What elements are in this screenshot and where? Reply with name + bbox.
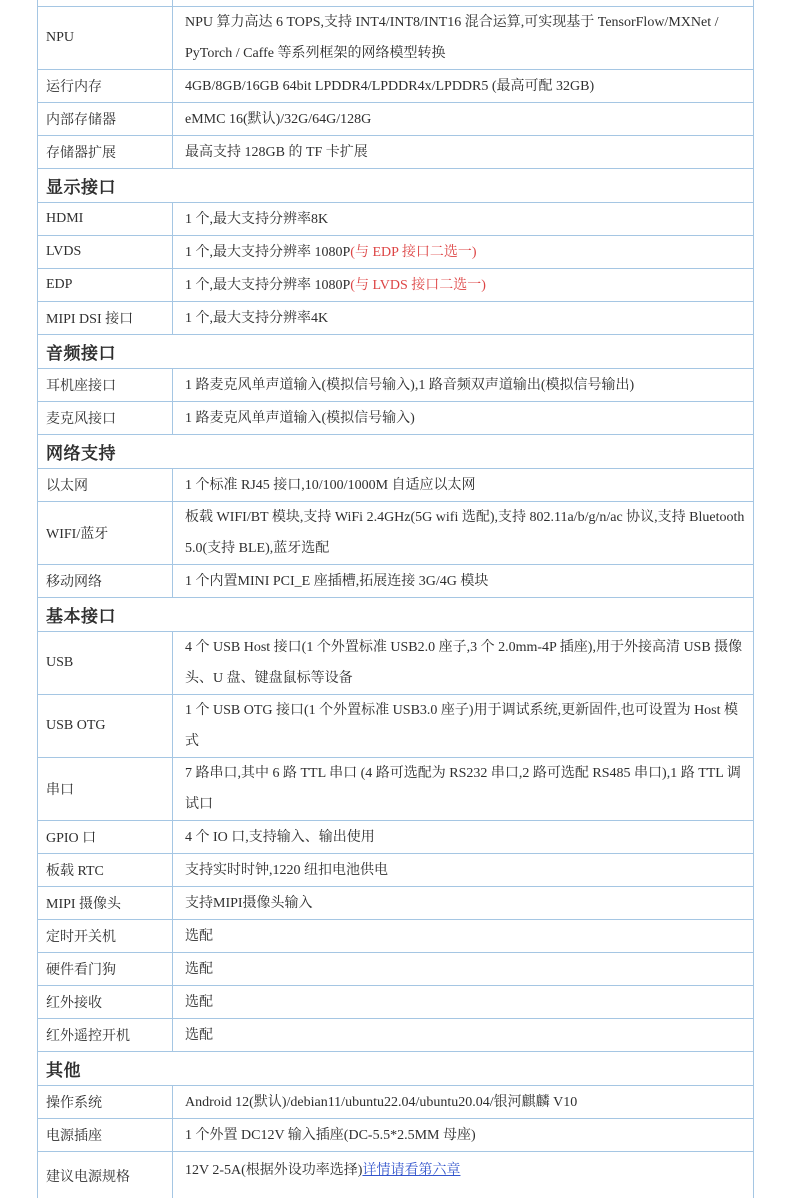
spec-value-cell: 选配 — [173, 953, 753, 985]
spec-label-cell: LVDS — [38, 236, 173, 268]
section-header: 音频接口 — [38, 335, 753, 369]
spec-value-text: 选配 — [185, 1028, 213, 1043]
spec-value: NPU 算力高达 6 TOPS,支持 INT4/INT8/INT16 混合运算,… — [185, 7, 745, 69]
spec-row: 红外遥控开机选配 — [38, 1019, 753, 1052]
spec-label-cell: USB — [38, 632, 173, 694]
spec-value: 12V 2-5A(根据外设功率选择)详情请看第六章 — [185, 1155, 745, 1178]
spec-value-cell: 支持MIPI摄像头输入 — [173, 887, 753, 919]
spec-label: 建议电源规格 — [46, 1166, 130, 1178]
spec-value-text: 1 个,最大支持分辨率8K — [185, 212, 328, 227]
spec-label: GPIO 口 — [46, 827, 96, 847]
spec-value: 选配 — [185, 1020, 745, 1051]
spec-value-cell: 选配 — [173, 920, 753, 952]
spec-label: 移动网络 — [46, 571, 102, 591]
spec-row: 存储器扩展最高支持 128GB 的 TF 卡扩展 — [38, 136, 753, 169]
spec-value: 1 个 USB OTG 接口(1 个外置标准 USB3.0 座子)用于调试系统,… — [185, 695, 745, 757]
spec-label: 定时开关机 — [46, 926, 116, 946]
spec-value-cell: 1 个,最大支持分辨率4K — [173, 302, 753, 334]
spec-value-text: 支持实时时钟,1220 纽扣电池供电 — [185, 863, 388, 878]
spec-label-cell: WIFI/蓝牙 — [38, 502, 173, 564]
spec-row: USB OTG1 个 USB OTG 接口(1 个外置标准 USB3.0 座子)… — [38, 695, 753, 758]
spec-label: MIPI DSI 接口 — [46, 308, 133, 328]
spec-label-cell: 移动网络 — [38, 565, 173, 597]
spec-label: 运行内存 — [46, 76, 102, 96]
spec-value: 1 个,最大支持分辨率4K — [185, 303, 745, 334]
spec-label-cell: NPU — [38, 7, 173, 69]
spec-value: 1 个外置 DC12V 输入插座(DC-5.5*2.5MM 母座) — [185, 1120, 745, 1151]
spec-value-cell: NPU 算力高达 6 TOPS,支持 INT4/INT8/INT16 混合运算,… — [173, 7, 753, 69]
spec-value: 4 个 USB Host 接口(1 个外置标准 USB2.0 座子,3 个 2.… — [185, 632, 745, 694]
sliver-value-cell — [173, 0, 753, 6]
spec-value: 支持MIPI摄像头输入 — [185, 888, 745, 919]
spec-value-text: 支持MIPI摄像头输入 — [185, 896, 313, 911]
spec-value: 4 个 IO 口,支持输入、输出使用 — [185, 822, 745, 853]
spec-value-cell: 1 个,最大支持分辨率 1080P(与 LVDS 接口二选一) — [173, 269, 753, 301]
section-header: 其他 — [38, 1052, 753, 1086]
spec-label: NPU — [46, 30, 74, 46]
spec-value-text: 最高支持 128GB 的 TF 卡扩展 — [185, 145, 368, 160]
spec-value-cell: 1 个外置 DC12V 输入插座(DC-5.5*2.5MM 母座) — [173, 1119, 753, 1151]
spec-row: 运行内存4GB/8GB/16GB 64bit LPDDR4/LPDDR4x/LP… — [38, 70, 753, 103]
spec-value-cell: 板载 WIFI/BT 模块,支持 WiFi 2.4GHz(5G wifi 选配)… — [173, 502, 753, 564]
spec-row: 电源插座1 个外置 DC12V 输入插座(DC-5.5*2.5MM 母座) — [38, 1119, 753, 1152]
spec-value: 选配 — [185, 954, 745, 985]
spec-value: 7 路串口,其中 6 路 TTL 串口 (4 路可选配为 RS232 串口,2 … — [185, 758, 745, 820]
spec-label-cell: 硬件看门狗 — [38, 953, 173, 985]
section-header: 基本接口 — [38, 598, 753, 632]
section-header-label: 网络支持 — [46, 439, 116, 464]
spec-value-cell: 4 个 IO 口,支持输入、输出使用 — [173, 821, 753, 853]
spec-row: EDP1 个,最大支持分辨率 1080P(与 LVDS 接口二选一) — [38, 269, 753, 302]
spec-label-cell: HDMI — [38, 203, 173, 235]
spec-label: EDP — [46, 277, 72, 293]
spec-value-cell: 4 个 USB Host 接口(1 个外置标准 USB2.0 座子,3 个 2.… — [173, 632, 753, 694]
spec-label: 红外接收 — [46, 992, 102, 1012]
spec-row: GPIO 口4 个 IO 口,支持输入、输出使用 — [38, 821, 753, 854]
spec-value-text: eMMC 16(默认)/32G/64G/128G — [185, 112, 371, 127]
spec-value: 1 个内置MINI PCI_E 座插槽,拓展连接 3G/4G 模块 — [185, 566, 745, 597]
spec-value-cell: 7 路串口,其中 6 路 TTL 串口 (4 路可选配为 RS232 串口,2 … — [173, 758, 753, 820]
spec-label-cell: 建议电源规格 — [38, 1152, 173, 1178]
spec-value-cell: 选配 — [173, 1019, 753, 1051]
spec-row: 板载 RTC支持实时时钟,1220 纽扣电池供电 — [38, 854, 753, 887]
section-header: 网络支持 — [38, 435, 753, 469]
spec-label-cell: 串口 — [38, 758, 173, 820]
spec-row: 硬件看门狗选配 — [38, 953, 753, 986]
spec-value-note: (与 LVDS 接口二选一) — [350, 278, 486, 293]
spec-value-cell: 4GB/8GB/16GB 64bit LPDDR4/LPDDR4x/LPDDR5… — [173, 70, 753, 102]
spec-value-cell: 1 个标准 RJ45 接口,10/100/1000M 自适应以太网 — [173, 469, 753, 501]
spec-row: 耳机座接口1 路麦克风单声道输入(模拟信号输入),1 路音频双声道输出(模拟信号… — [38, 369, 753, 402]
spec-value-cell: eMMC 16(默认)/32G/64G/128G — [173, 103, 753, 135]
spec-row: 麦克风接口1 路麦克风单声道输入(模拟信号输入) — [38, 402, 753, 435]
spec-value-text: 1 个内置MINI PCI_E 座插槽,拓展连接 3G/4G 模块 — [185, 574, 488, 589]
spec-label: 耳机座接口 — [46, 375, 116, 395]
spec-value-text: 1 个,最大支持分辨率4K — [185, 311, 328, 326]
spec-row: 操作系统Android 12(默认)/debian11/ubuntu22.04/… — [38, 1086, 753, 1119]
spec-row: 移动网络1 个内置MINI PCI_E 座插槽,拓展连接 3G/4G 模块 — [38, 565, 753, 598]
spec-value-cell: 1 个内置MINI PCI_E 座插槽,拓展连接 3G/4G 模块 — [173, 565, 753, 597]
spec-value-text: 选配 — [185, 929, 213, 944]
spec-label-cell: 红外遥控开机 — [38, 1019, 173, 1051]
spec-row: 建议电源规格12V 2-5A(根据外设功率选择)详情请看第六章 — [38, 1152, 753, 1178]
spec-value: 4GB/8GB/16GB 64bit LPDDR4/LPDDR4x/LPDDR5… — [185, 71, 745, 102]
spec-table: NPUNPU 算力高达 6 TOPS,支持 INT4/INT8/INT16 混合… — [37, 0, 754, 1178]
spec-value: Android 12(默认)/debian11/ubuntu22.04/ubun… — [185, 1087, 745, 1118]
spec-value-cell: 1 个 USB OTG 接口(1 个外置标准 USB3.0 座子)用于调试系统,… — [173, 695, 753, 757]
spec-value: 选配 — [185, 921, 745, 952]
spec-label: 存储器扩展 — [46, 142, 116, 162]
spec-label: USB — [46, 655, 73, 671]
spec-row: 定时开关机选配 — [38, 920, 753, 953]
spec-row: MIPI 摄像头支持MIPI摄像头输入 — [38, 887, 753, 920]
spec-label-cell: 内部存储器 — [38, 103, 173, 135]
spec-value-cell: 支持实时时钟,1220 纽扣电池供电 — [173, 854, 753, 886]
spec-value-cell: 最高支持 128GB 的 TF 卡扩展 — [173, 136, 753, 168]
spec-row: 串口7 路串口,其中 6 路 TTL 串口 (4 路可选配为 RS232 串口,… — [38, 758, 753, 821]
spec-value-text: 4 个 IO 口,支持输入、输出使用 — [185, 830, 375, 845]
spec-label: 操作系统 — [46, 1092, 102, 1112]
spec-label-cell: 操作系统 — [38, 1086, 173, 1118]
spec-value: 1 个,最大支持分辨率 1080P(与 EDP 接口二选一) — [185, 237, 745, 268]
spec-label: 电源插座 — [46, 1125, 102, 1145]
section-header: 显示接口 — [38, 169, 753, 203]
spec-row: 内部存储器eMMC 16(默认)/32G/64G/128G — [38, 103, 753, 136]
spec-label: 以太网 — [46, 475, 88, 495]
spec-label-cell: 麦克风接口 — [38, 402, 173, 434]
spec-label: MIPI 摄像头 — [46, 893, 121, 913]
spec-label-cell: 红外接收 — [38, 986, 173, 1018]
spec-row: 红外接收选配 — [38, 986, 753, 1019]
spec-value: 选配 — [185, 987, 745, 1018]
spec-label-cell: USB OTG — [38, 695, 173, 757]
spec-value-cell: 12V 2-5A(根据外设功率选择)详情请看第六章 — [173, 1152, 753, 1178]
spec-label-cell: 板载 RTC — [38, 854, 173, 886]
spec-value-text: 板载 WIFI/BT 模块,支持 WiFi 2.4GHz(5G wifi 选配)… — [185, 510, 744, 556]
spec-value: 支持实时时钟,1220 纽扣电池供电 — [185, 855, 745, 886]
spec-value-text: 1 个,最大支持分辨率 1080P — [185, 245, 350, 260]
spec-label-cell: MIPI DSI 接口 — [38, 302, 173, 334]
spec-label: 硬件看门狗 — [46, 959, 116, 979]
spec-row: MIPI DSI 接口1 个,最大支持分辨率4K — [38, 302, 753, 335]
spec-value-text: 12V 2-5A(根据外设功率选择) — [185, 1163, 362, 1178]
spec-value: eMMC 16(默认)/32G/64G/128G — [185, 104, 745, 135]
spec-label-cell: EDP — [38, 269, 173, 301]
spec-value-text: Android 12(默认)/debian11/ubuntu22.04/ubun… — [185, 1095, 577, 1110]
spec-value: 1 个,最大支持分辨率8K — [185, 204, 745, 235]
spec-value-text: 1 路麦克风单声道输入(模拟信号输入) — [185, 411, 415, 426]
spec-value-cell: 1 路麦克风单声道输入(模拟信号输入),1 路音频双声道输出(模拟信号输出) — [173, 369, 753, 401]
section-header-label: 基本接口 — [46, 602, 116, 627]
spec-label-cell: 电源插座 — [38, 1119, 173, 1151]
spec-value-text: 1 个外置 DC12V 输入插座(DC-5.5*2.5MM 母座) — [185, 1128, 476, 1143]
spec-value-text: 选配 — [185, 995, 213, 1010]
spec-value: 最高支持 128GB 的 TF 卡扩展 — [185, 137, 745, 168]
spec-value-cell: 1 路麦克风单声道输入(模拟信号输入) — [173, 402, 753, 434]
spec-row: NPUNPU 算力高达 6 TOPS,支持 INT4/INT8/INT16 混合… — [38, 7, 753, 70]
sliver-label-cell — [38, 0, 173, 6]
spec-value-cell: 1 个,最大支持分辨率 1080P(与 EDP 接口二选一) — [173, 236, 753, 268]
spec-label: 串口 — [46, 779, 74, 799]
spec-label: 内部存储器 — [46, 109, 116, 129]
spec-value-cell: Android 12(默认)/debian11/ubuntu22.04/ubun… — [173, 1086, 753, 1118]
spec-value: 1 个,最大支持分辨率 1080P(与 LVDS 接口二选一) — [185, 270, 745, 301]
spec-label-cell: MIPI 摄像头 — [38, 887, 173, 919]
spec-label: 板载 RTC — [46, 860, 104, 880]
spec-value-cell: 选配 — [173, 986, 753, 1018]
spec-value: 板载 WIFI/BT 模块,支持 WiFi 2.4GHz(5G wifi 选配)… — [185, 502, 745, 564]
spec-value-text: NPU 算力高达 6 TOPS,支持 INT4/INT8/INT16 混合运算,… — [185, 15, 718, 61]
spec-value-cell: 1 个,最大支持分辨率8K — [173, 203, 753, 235]
spec-label-cell: 耳机座接口 — [38, 369, 173, 401]
spec-value: 1 路麦克风单声道输入(模拟信号输入) — [185, 403, 745, 434]
section-header-label: 其他 — [46, 1056, 81, 1081]
spec-value-note: (与 EDP 接口二选一) — [350, 245, 476, 260]
spec-label-cell: GPIO 口 — [38, 821, 173, 853]
spec-label: 红外遥控开机 — [46, 1025, 130, 1045]
section-header-label: 显示接口 — [46, 173, 116, 198]
spec-label: 麦克风接口 — [46, 408, 116, 428]
spec-value-text: 1 个,最大支持分辨率 1080P — [185, 278, 350, 293]
spec-row: HDMI1 个,最大支持分辨率8K — [38, 203, 753, 236]
spec-value-text: 4 个 USB Host 接口(1 个外置标准 USB2.0 座子,3 个 2.… — [185, 640, 742, 686]
spec-value-text: 选配 — [185, 962, 213, 977]
section-header-label: 音频接口 — [46, 339, 116, 364]
spec-value-text: 1 路麦克风单声道输入(模拟信号输入),1 路音频双声道输出(模拟信号输出) — [185, 378, 634, 393]
details-link[interactable]: 详情请看第六章 — [362, 1163, 460, 1178]
table-top-sliver — [38, 0, 753, 7]
spec-label-cell: 定时开关机 — [38, 920, 173, 952]
spec-value-text: 4GB/8GB/16GB 64bit LPDDR4/LPDDR4x/LPDDR5… — [185, 79, 594, 94]
spec-row: USB4 个 USB Host 接口(1 个外置标准 USB2.0 座子,3 个… — [38, 632, 753, 695]
spec-row: LVDS1 个,最大支持分辨率 1080P(与 EDP 接口二选一) — [38, 236, 753, 269]
spec-value: 1 路麦克风单声道输入(模拟信号输入),1 路音频双声道输出(模拟信号输出) — [185, 370, 745, 401]
spec-label-cell: 以太网 — [38, 469, 173, 501]
spec-row: WIFI/蓝牙板载 WIFI/BT 模块,支持 WiFi 2.4GHz(5G w… — [38, 502, 753, 565]
spec-value-text: 1 个标准 RJ45 接口,10/100/1000M 自适应以太网 — [185, 478, 476, 493]
spec-label-cell: 运行内存 — [38, 70, 173, 102]
spec-label: LVDS — [46, 244, 81, 260]
spec-value-text: 1 个 USB OTG 接口(1 个外置标准 USB3.0 座子)用于调试系统,… — [185, 703, 738, 749]
spec-label: WIFI/蓝牙 — [46, 523, 108, 543]
spec-value-text: 7 路串口,其中 6 路 TTL 串口 (4 路可选配为 RS232 串口,2 … — [185, 766, 741, 812]
spec-label-cell: 存储器扩展 — [38, 136, 173, 168]
spec-row: 以太网1 个标准 RJ45 接口,10/100/1000M 自适应以太网 — [38, 469, 753, 502]
spec-value: 1 个标准 RJ45 接口,10/100/1000M 自适应以太网 — [185, 470, 745, 501]
spec-label: HDMI — [46, 211, 83, 227]
spec-label: USB OTG — [46, 718, 106, 734]
